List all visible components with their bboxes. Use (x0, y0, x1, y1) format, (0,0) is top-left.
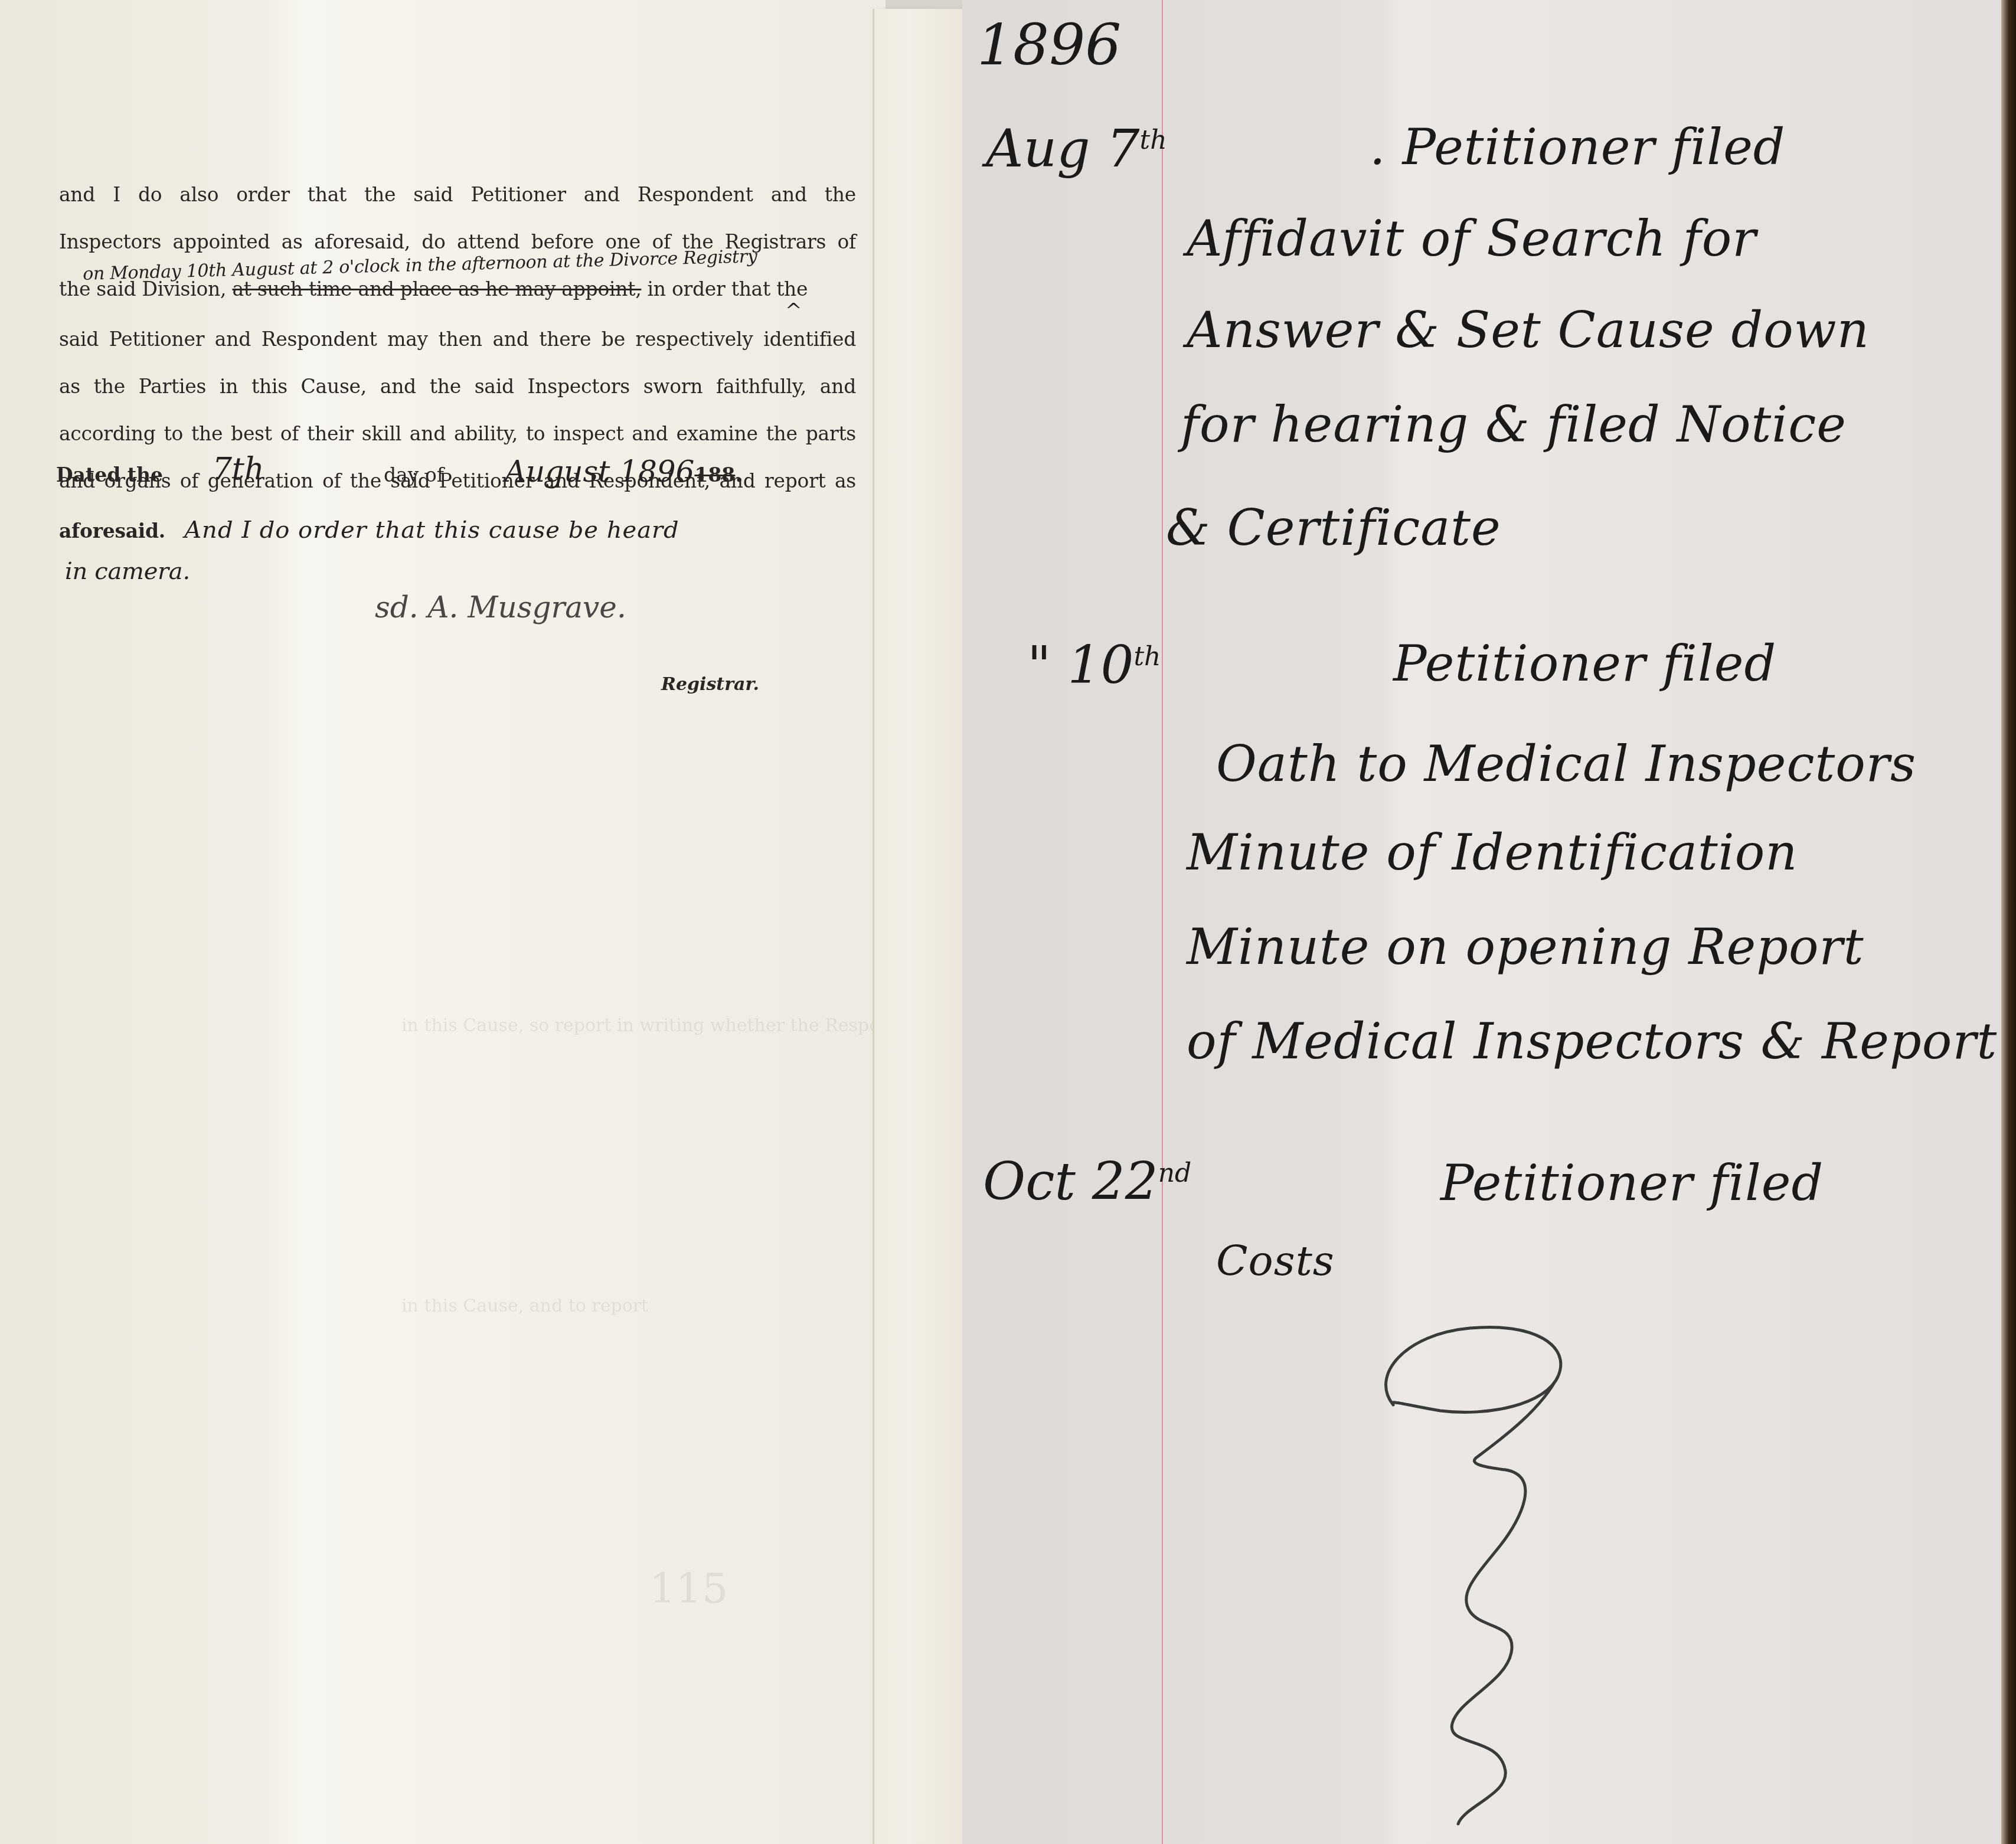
dated-day: 7th (213, 452, 264, 487)
day-of-label: day of (384, 463, 444, 486)
entry-line: Answer & Set Cause down (1187, 301, 1870, 359)
dated-row: Dated the 7th day of August 1896188. (56, 452, 824, 499)
showthrough-text: in this Cause, so report in writing whet… (401, 1015, 932, 1036)
entry-line: . Petitioner filed (1370, 118, 1786, 176)
printed-line: according to the best of their skill and… (59, 422, 856, 445)
entry-line: Minute on opening Report (1187, 918, 1864, 976)
entry-line: Petitioner filed (1393, 635, 1776, 692)
document-scan: 115 in this Cause, so report in writing … (0, 0, 2016, 1844)
aforesaid-line: aforesaid. And I do order that this caus… (59, 516, 679, 544)
margin-rule (1162, 0, 1163, 1844)
entry-date: " 10th (1027, 635, 1161, 695)
struck-year-prefix: 188 (694, 463, 735, 486)
registrar-signature: sd. A. Musgrave. (375, 590, 626, 625)
folded-page-edge (874, 9, 963, 1844)
dated-label: Dated the (56, 463, 163, 486)
printed-line: and I do also order that the said Petiti… (59, 183, 856, 206)
dated-month-year: August 1896188. (505, 455, 743, 489)
entry-line: of Medical Inspectors & Report (1187, 1012, 1997, 1070)
handwritten-addition: in camera. (65, 558, 190, 585)
entry-date: Oct 22nd (983, 1151, 1191, 1212)
aforesaid-label: aforesaid. (59, 519, 165, 542)
line-prefix: the said Division, (59, 277, 226, 300)
line-suffix: in order that the (648, 277, 808, 300)
entry-line: Oath to Medical Inspectors (1216, 735, 1916, 793)
fold-crease (873, 9, 874, 1844)
entry-line: & Certificate (1166, 499, 1501, 557)
entry-line: Costs (1216, 1237, 1335, 1285)
printed-line: said Petitioner and Respondent may then … (59, 328, 856, 351)
struck-text: at such time and place as he may appoint… (232, 277, 641, 300)
registrar-label: Registrar. (661, 674, 759, 695)
closing-flourish-icon (1370, 1322, 1618, 1830)
page-number-showthrough: 115 (649, 1564, 728, 1613)
printed-line-amended: the said Division, at such time and plac… (59, 277, 808, 300)
handwritten-addition: And I do order that this cause be heard (184, 516, 679, 544)
entry-line: Minute of Identification (1187, 823, 1798, 881)
entry-date: Aug 7th (986, 118, 1167, 179)
entry-line: for hearing & filed Notice (1181, 395, 1847, 453)
book-edge (2001, 0, 2016, 1844)
printed-order-page: 115 in this Cause, so report in writing … (0, 0, 886, 1844)
entry-line: Affidavit of Search for (1187, 210, 1756, 267)
insertion-caret: ^ (785, 299, 802, 322)
ledger-year: 1896 (977, 12, 1121, 78)
entry-line: Petitioner filed (1440, 1154, 1824, 1212)
printed-line: as the Parties in this Cause, and the sa… (59, 375, 856, 398)
showthrough-text: in this Cause, and to report (401, 1296, 648, 1316)
